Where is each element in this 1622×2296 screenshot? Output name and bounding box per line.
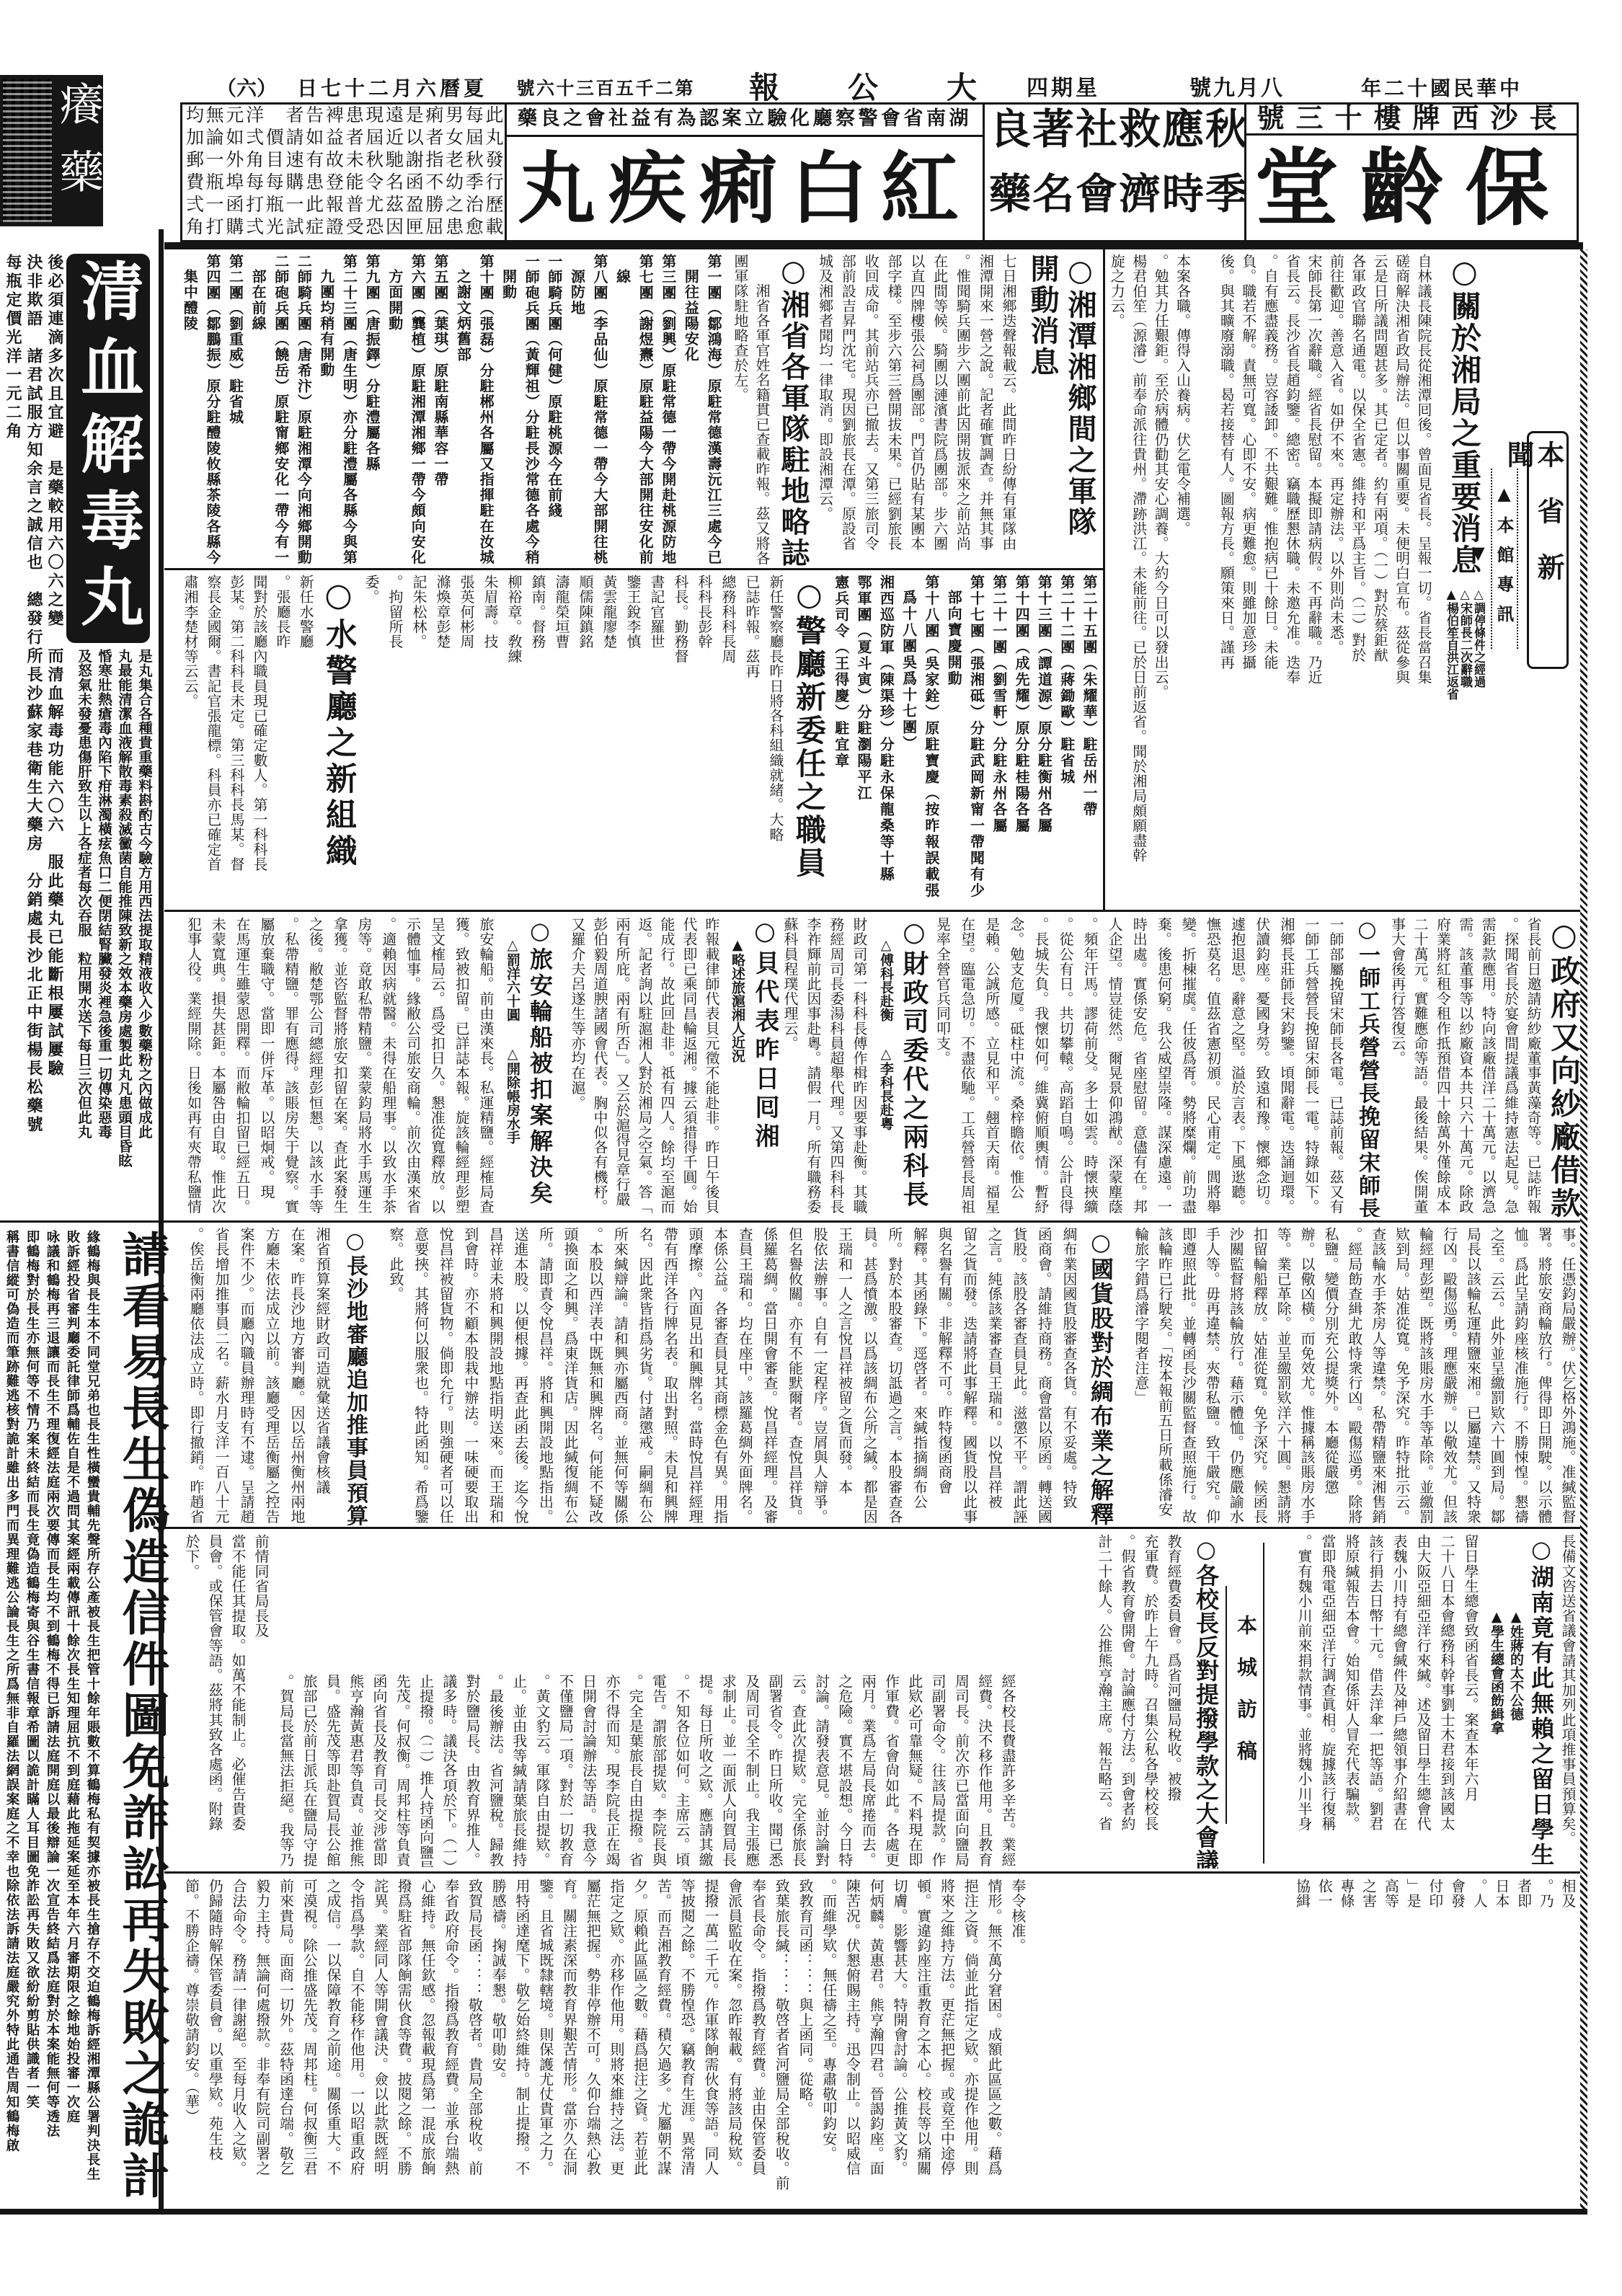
text-column: 與名譽有關。非解釋不可。昨特復函商會 <box>931 1227 957 1525</box>
text-column: 充軍費。於昨上午九時。召集公私各學校校長 <box>1139 1534 1162 1867</box>
text-column: 夕。原賴此區區之數。藉爲挹注之資。若並此 <box>628 1879 652 2207</box>
text-column: 討論。請發表意見。並討論對付 <box>810 1674 833 1867</box>
text-column: 表魏小川持有總會緘件及神戶總領事介紹書在 <box>1387 1534 1411 1867</box>
list-item: 第十三團（譚道源）原分駐衡州各屬 <box>1032 575 1055 905</box>
headline: ○各校長反對提撥學款之大會議 <box>1189 1535 1223 1869</box>
text-column: 已誌昨報。茲再 <box>740 575 763 905</box>
text-column: 留日學生總會致函省長云。案查本年六月 <box>1458 1534 1482 1867</box>
list-item: 二師騎兵團（唐希汴）原駐湘潭今向湘鄉開動 <box>292 254 315 566</box>
text-column: 彭某。第二科科長未定。第三科科長馬某。督 <box>225 575 248 905</box>
text-column: 作軍費。省會尙如此。各處更可 <box>879 1674 903 1867</box>
text-column: 亦不得而知。現李院長正在竭力 <box>601 1674 624 1867</box>
text-column: 手人等。毋再違禁。夾帶私鹽。致干嚴究。仰 <box>1200 1227 1224 1525</box>
text-column: 教育經費委員會。爲省河鹽局稅收。被撥 <box>1162 1534 1185 1867</box>
article-letters: 奉令核准。情形。無不萬分窘困。成額此區區之數。藉爲挹注之資。倘並此指定之欵。亦提… <box>179 1879 1289 2207</box>
text-column: 但名譽攸關。亦有不能默爾者。查悅昌祥貨。 <box>782 1227 807 1525</box>
text-column: 等披閱之餘。不勝惶恐。竊教育生涯。異常清 <box>675 1879 699 2207</box>
text-column: 等。業已革除。並呈繳罰欵洋六十圓。懇請將 <box>1271 1227 1295 1525</box>
text-column: 無論一瓶一打 <box>203 105 223 241</box>
text-column: 在馬運生雖蒙恩開釋。而敝輪扣留已經五日。 <box>229 917 254 1217</box>
text-column: 者請速購一試 <box>283 105 303 241</box>
list-item: 第八團（李品仙）原駐常德一帶今大部開往桃源防地 <box>565 254 611 566</box>
masthead-issue-number: 第二千五百三十六號 <box>513 76 695 101</box>
text-column: 男女老幼之患 <box>443 105 464 241</box>
list-item: 第十四團（成先耀）原分駐桂陽各屬 <box>1010 575 1032 905</box>
subhead: ▲學生總會函飭緝拿 <box>1486 1609 1506 1825</box>
text-column: 是以謝函盈匣 <box>403 105 423 241</box>
text-column: 者即 <box>1512 1879 1535 2207</box>
text-column: 念。勉支危厦。砥柱中流。桑梓瞻依。惟公 <box>1004 917 1029 1217</box>
tier-rule-3 <box>0 1220 1580 1223</box>
list-item: 一師騎兵團（何健）原駐桃源今在前綫 <box>542 254 565 566</box>
subheads: ▲姓蔣的太不公德▲學生總會函飭緝拿 <box>1485 1609 1525 1825</box>
text-column <box>1124 1879 1148 2207</box>
text-column: 。私帶精鹽。罪有應得。該賬房失于覺察。實 <box>278 917 303 1217</box>
headline: ○貝代表昨日囘湘 <box>751 917 779 1217</box>
dysentery-pill-notice: 此丸發行歷載每屆秋季治愈男女老幼之患痢者指不勝屈是以謝函盈匣遠近馳名茲因現屆秋令… <box>183 105 503 241</box>
text-column: 該輪昨已行駛矣。「按本報前五日所載係濬安 <box>1153 1227 1176 1525</box>
text-column: 高等 <box>1380 1879 1402 2207</box>
text-column: 當不能任其提取。如萬不能制止。必催告貴委 <box>226 1534 249 1867</box>
article-body: 留日學生總會致函省長云。案查本年六月二十八日本會總務科幹事劉士木君接到該國太由大… <box>1290 1534 1482 1867</box>
text-column: 。不知各位如何。主席云。頃接 <box>670 1674 693 1867</box>
text-column: 云。查此次提欵。完全係旅長命 <box>786 1674 810 1867</box>
headline: ○旅安輪船被扣案解決矣 <box>525 917 555 1217</box>
text-column: 本案各職。傳得入山養病。伏乞電令補選。 <box>1171 254 1193 907</box>
text-column: 痢者指不勝屈 <box>423 105 443 241</box>
text-column: 專條 <box>1335 1879 1357 2207</box>
text-column: 需。該董事等以紗廠資本共只六十萬元。除政 <box>1453 917 1476 1217</box>
text-column: 楊君伯笙（源濬）前奉命派往貴州。滯跡洪江。未能前往。已於日前返省。聞於湘局頗願盡… <box>1127 254 1149 907</box>
text-column <box>1148 1879 1171 2207</box>
bottom-rule <box>0 2209 1587 2215</box>
text-column: 令指爲學款。自不能移作他用。一以昭重政府 <box>345 1879 368 2207</box>
text-column: 鎮南。督務 <box>526 575 549 905</box>
text-column: 委。 <box>359 575 383 905</box>
text-column: 旅安輪船。前由漢來長。私運精鹽。經榷局查 <box>473 917 497 1217</box>
masthead-date: 八月九號 <box>1187 76 1285 101</box>
text-column <box>1242 1879 1266 2207</box>
text-column: 之成信。一以保障教育之前途。關係重大。不 <box>321 1879 345 2207</box>
headline: ○湘潭湘鄉間之軍隊開動消息 <box>1024 254 1099 566</box>
text-column: 。拘留所長 <box>383 575 407 905</box>
text-column: 事。任憑鈞局嚴辦。伏乞格外鴻施。准緘監督 <box>1556 1227 1579 1525</box>
text-column: 查員王瑞和。均在座中。該羅葛綢外面牌名。 <box>732 1227 758 1525</box>
text-column: 每屆秋季治愈 <box>464 105 484 241</box>
headline: ○財政司委代之兩科長 <box>900 917 929 1217</box>
text-column: 撥爲駐省部隊餉需伙食等費。披閱之餘。不勝 <box>392 1879 416 2207</box>
text-column: 二十八日本會總務科幹事劉士木君接到該國太 <box>1435 1534 1458 1867</box>
text-column: 先茂。何叔衡。周邦柱等負責。 <box>391 1674 414 1867</box>
text-column: 丸最能清潔血液解散毒素殺滅黴菌自能推陳致新之效本藥房處製此丸凡患頭目昏眩 <box>114 649 134 1217</box>
text-column: 。長城失負。我懷如何。維冀俯順輿情。暫紓 <box>1029 917 1053 1217</box>
text-column: 王瑞和一人之言悅昌祥被留之貨而發。本 <box>832 1227 857 1525</box>
thick-rule-below-ads <box>164 242 1583 249</box>
text-column: 昨報載律師代表貝元徵不能赴非。昨日午後貝 <box>700 917 722 1217</box>
text-column: 。人 <box>1468 1879 1490 2207</box>
notice-body: 緣鶴梅與長生本不同堂兄弟也長生性橫蠻貴輔先聲所存公產被長生把管十餘年賬數不算鶴梅… <box>1 1230 102 2206</box>
text-column: 到會時。亦不顧本股栽中辦法。一味硬要取出 <box>458 1227 483 1525</box>
text-column: 致教育司函：：：與上函同。從略。 <box>793 1879 817 2207</box>
text-column: 。乃 <box>1535 1879 1557 2207</box>
text-column: 扣留輪船釋放。姑准從寬。免予深究。候函長 <box>1247 1227 1271 1525</box>
article-body: 昨報載律師代表貝元徵不能赴非。昨日午後貝代表即已乘同昌輪返湘。據云須措得千圓。始… <box>565 917 722 1217</box>
article-body: 湘省預算案經財政司造就彙送省議會核議在案。昨長沙地方審判廳。因以岳州衡州兩地方廳… <box>180 1227 334 1525</box>
text-column: 節。不勝企禱。尊崇敬請鈞安。（華） <box>180 1879 203 2207</box>
text-column: 元如外埠函購 <box>223 105 244 241</box>
city-label-rule-right <box>1263 1543 1264 1863</box>
text-column: 新任警察廳長昨日將各科組織就緒。大略 <box>763 575 787 905</box>
text-column: 一師工兵營營長挽留宋師長一電。特錄如下。 <box>1299 917 1324 1217</box>
right-decorative-border <box>1580 249 1587 2213</box>
text-column: 名。因此衆皆指爲劣貨。付諸懲戒。嗣綢布公 <box>632 1227 657 1525</box>
headline: ○政府又向紗廠借款 <box>1547 917 1580 1217</box>
text-column: 。實有魏小川前來捐款情事。並將魏小川半身 <box>1292 1534 1316 1867</box>
text-column: 屬茫無把握。勢非停辦不可。久仰台端熱心教 <box>581 1879 605 2207</box>
text-column: 。探聞省長於宴會間提議爲維持憲法起見。急 <box>1499 917 1521 1217</box>
text-column: 財政司第一科科長傅作楫昨因要事赴衡。其職 <box>848 917 871 1217</box>
text-column: 部字樣。至步六第三營開拔未果。已經劉旅長 <box>882 254 905 566</box>
text-column: 能成行。故此回赴非。祗有四人。餘均至滬而 <box>655 917 678 1217</box>
list-item: 第四團（鄒鵬振）原分駐醴陵攸縣茶陵各縣今集中醴陵 <box>178 254 223 566</box>
blood-detox-pill-description: 是丸集合各種貴重藥料斟酌古今驗方用西法提取精液收入少數藥粉之內做成此丸最能清潔血… <box>68 649 154 1217</box>
list-item: 第九團（唐振鐸）分駐澧屬各縣 <box>360 254 384 566</box>
headline: ○關於湘局之重要消息 <box>1445 254 1484 572</box>
text-column: 此丸發行歷載 <box>483 105 503 241</box>
subheads: △罰洋六十圓△開除帳房水手 <box>500 937 523 1211</box>
text-column: 員會。或保管會等語。茲將其致各處函。附錄 <box>203 1534 226 1867</box>
text-column: 育。關注素深而教育界艱苦情形。當亦久在洞 <box>557 1879 581 2207</box>
text-column: 價目每瓶光 <box>264 105 284 241</box>
text-column: 。經局飭查緝尤敢恃衆行凶。毆傷巡勇。除將 <box>1342 1227 1366 1525</box>
text-column: 員。甚爲憤激。以爲該綢布公所之緘。都是因 <box>857 1227 882 1525</box>
text-column: 奉省政府命令。指撥爲教育經費。並承台端熱 <box>439 1879 463 2207</box>
text-column: 送進本股。以便根據。再查此函去後。迄今悅 <box>508 1227 533 1525</box>
text-column: 指定之欵。亦移作他用。則將來維持之法。更 <box>604 1879 628 2207</box>
city-news-label: 本城訪稿 <box>1230 1615 1262 1782</box>
text-column: 省長增加推事員二名。薪水月支洋一百八十元 <box>208 1227 234 1525</box>
newspaper-page: （六） 夏曆六月二十七日 第二千五百三十六號 大公報 星期四 八月九號 中華民國… <box>0 0 1622 2296</box>
headline: ○長沙地審廳追加推事員預算 <box>339 1228 371 1525</box>
text-column: 府業將紅租令租作抵預借四十餘萬外僅餘成本 <box>1431 917 1453 1217</box>
text-column: 用特函達麾下。敬乞始終維持。制止提撥。不 <box>510 1879 533 2207</box>
text-column: 每瓶定價光洋一元二角 <box>2 254 23 1217</box>
text-column: 函向省長及教育司長交涉當即推 <box>368 1674 391 1867</box>
text-column: 奉省長命令。指撥爲教育經費。並由保管委員 <box>746 1879 770 2207</box>
notice-headline: 請看易長生偽造信件圖免詐訟再失敗之詭計 <box>105 1230 174 2206</box>
text-column: 旋之力云。 <box>1106 254 1127 907</box>
text-column: 負。職若不解。責無可寬。心即不安。病更難愈。則雖加意珍攝 <box>1237 254 1259 907</box>
subhead: △宋師長二次辭職 <box>1458 588 1471 797</box>
list-item: 第三團（劉興）原駐常德一帶今開赴桃源防地 <box>656 254 679 566</box>
text-column: 。最後辦法。省河鹽稅。歸教育 <box>484 1674 507 1867</box>
headline: ○國貨股對於綢布業之解釋 <box>1086 1228 1116 1525</box>
text-column: 恤。爲此呈請鈞座核准施行。不勝悚惶。懇禱 <box>1508 1227 1532 1525</box>
text-column: 磋商解決湘省政局辦法。但以事關重要。未便明白宣布。茲從參與 <box>1391 254 1412 907</box>
baolingtang-ad: 長沙西牌樓十三號 保齡堂 <box>1244 102 1579 242</box>
text-column: 之後。敝楚鄂公司總經理彭恒懇。以該水手等 <box>303 917 327 1217</box>
text-column: 挹注之資。倘並此指定之欵。亦提作他用。則 <box>959 1879 983 2207</box>
text-column: 記朱松林。 <box>407 575 430 905</box>
text-column: 省長云。長沙省長趙鈞鑒。總密。竊職歷懇休職。未邀允准。迭奉 <box>1281 254 1303 907</box>
text-column: 呈文榷局云。爲受扣日久。懇准從寬釋放。以 <box>425 917 449 1217</box>
itch-medicine-ad: 癢藥 <box>0 75 103 226</box>
text-column: 彭伯毅周道腴諸國會代表。胸中似各有機杼。 <box>588 917 611 1217</box>
text-column: 留之貨而發。迭請將此事解釋。國貨股以此事 <box>957 1227 982 1525</box>
text-column: 前來貴局。面商一切外。茲特函達台端。敬乞 <box>274 1879 298 2207</box>
text-column: 均加郵費弍角 <box>184 105 204 241</box>
text-column: 總務科科長周 <box>716 575 740 905</box>
text-column: 。俟岳衡兩廳依法成立時。即行撤銷。昨趙省 <box>183 1227 208 1525</box>
masthead-page-number: （六） <box>216 76 277 101</box>
text-column: 案件不少。而廳內職員辦理時有不逮。呈請趙 <box>234 1227 259 1525</box>
article-body: 新任水警廳。張廳長昨聞對於該廳內職員現已確定數人。第一科科長彭某。第二科科長未定… <box>179 575 317 905</box>
text-column: 。惟聞騎兵團步六團前此因開拔派來之前站尚 <box>951 254 974 566</box>
text-column: 兩月。業爲左局長席捲而去。七 <box>856 1674 879 1867</box>
text-column: 心維持。無任欽感。忽報載現爲第一混成旅餉 <box>415 1879 439 2207</box>
subhead: △傅科長赴衡 <box>878 937 894 1021</box>
list-item: 二師砲兵團（饒岳）原駐甯鄉安化一帶今有一部在前線 <box>247 254 292 566</box>
text-column: 湘潭開來一營之說。記者確實調查。并無其事 <box>973 254 996 566</box>
article-body-continued: 長備文咨送省議會請其加列此項推事員預算矣。 <box>1557 1534 1579 1867</box>
text-column: 決非欺語 諸君試服方知余言之誠信也 總發行所長沙蘇家巷衛生大藥房 分銷處長沙北正… <box>23 254 44 1217</box>
text-column: 以直四牌樓張公祠爲團部。門首仍貼有某團本 <box>905 254 928 566</box>
article-body: 七日湘鄉迭聲報載云。此間昨日紛傳有軍隊由湘潭開來一營之說。記者確實調查。并無其事… <box>813 254 1019 566</box>
article-body: 旅安輪船。前由漢來長。私運精鹽。經榷局查獲。致被扣留。已詳誌本報。旋該輪經理彭塑… <box>180 917 497 1217</box>
text-column: 拿獲。並咨監督將旅安扣留在案。查此案發生 <box>327 917 351 1217</box>
text-column: 城及湘鄉者聞均一律取消。即設湘潭云。 <box>813 254 836 566</box>
text-column: 計二十餘人。公推熊亨瀚主席。報告略云。省 <box>1093 1534 1116 1867</box>
text-column: 遽抱退思。辭意之堅。溢於言表。下風逖聽。 <box>1226 917 1250 1217</box>
text-column: 肅湘李楚材等云云。 <box>179 575 202 905</box>
text-column: 周司長。前次亦已當面向鹽局 <box>949 1674 972 1867</box>
text-column: 函商會。請維持商務。商會當以原函。轉送國 <box>1032 1227 1057 1525</box>
text-column: 協緝 <box>1291 1879 1313 2207</box>
text-column: 。假省教育會開會。討論應付方法。到會者約 <box>1116 1534 1139 1867</box>
text-column: 及周司長全不制止。我主張應向 <box>740 1674 763 1867</box>
subhead: ▲略述旅滬湘人近況 <box>730 937 745 1063</box>
text-column: 滌煥章彭楚 <box>430 575 454 905</box>
text-column: 付印 <box>1424 1879 1446 2207</box>
text-column: 柳裕章。敎練 <box>502 575 526 905</box>
text-column: 仍歸隨時解保管委員會。以重學欵。苑生枝 <box>203 1879 227 2207</box>
headline: ○湘省各軍隊駐地略誌 <box>775 254 811 566</box>
text-column: 聞對於該廳內職員現已確定數人。第一科科長 <box>248 575 271 905</box>
text-column: 之害 <box>1357 1879 1380 2207</box>
article-body-opening: 教育經費委員會。爲省河鹽局稅收。被撥充軍費。於昨上午九時。召集公私各學校校長。假… <box>1087 1534 1185 1867</box>
text-column: 前情同省局長及 <box>249 1534 272 1867</box>
text-column: 省長前日邀請紡紗廠董事黃藻奇等。已誌昨報 <box>1522 917 1544 1217</box>
text-column: 患者未能普受 <box>343 105 363 241</box>
tier-1-column-rule <box>1103 249 1105 910</box>
text-column: 此欵必可靠無疑。不料現在即行 <box>903 1674 926 1867</box>
list-item: 第一團（鄒鴻海）原駐常德漢壽沅江三處今已開往益陽安化 <box>679 254 724 566</box>
text-column: 輪經理彭塑。既將該賬房水手等革除。並繳罰 <box>1414 1227 1437 1525</box>
text-column: 洋弍角每打弍 <box>244 105 264 241</box>
police-endorsement-strip: 湖南省會警察廳化驗立案認為有益社會之良藥 <box>507 102 983 137</box>
text-column: 綢布業因國貨股審查各貨。有不妥處。特致 <box>1056 1227 1081 1525</box>
text-column: 前往歡迎。善意入省。如伊不來。再定辦法。以外則尚未悉。 <box>1325 254 1347 907</box>
text-column: 」是 <box>1401 1879 1424 2207</box>
text-column: 。黃文豹云。軍隊自由提欵。應 <box>531 1674 554 1867</box>
text-column: 。頻年汗馬。謬荷前殳。多士如雲。時懷挾纊 <box>1078 917 1102 1217</box>
text-column: 查該輪水手茶房人等違禁。私帶精鹽來湘售銷 <box>1366 1227 1390 1525</box>
list-item: 第六團（龔植）原駐湘潭湘鄉一帶今頗向安化方面開動 <box>383 254 428 566</box>
text-column: 之至。云云。此外並呈繳罰欵六十圓到局。鄒 <box>1484 1227 1508 1525</box>
subhead: △調停條件之經過 <box>1471 588 1485 797</box>
text-column: 需鉅款應用。特向該廠借洋二十萬元。以濟急 <box>1476 917 1499 1217</box>
text-column: 科長。勤務督 <box>668 575 692 905</box>
blood-detox-pill-name: 清血解毒丸 <box>72 258 144 640</box>
text-column: 。本股以西洋表中既無和興牌名。何能不疑改 <box>582 1227 608 1525</box>
text-column: 察長金國爾。書記官張龍標。科員亦已確定首 <box>202 575 225 905</box>
text-column: 。而維學欵。無任禱之至。專肅敬叩鈞安。 <box>817 1879 841 2207</box>
subhead: △罰洋六十圓 <box>505 937 520 1021</box>
text-column: 。勉其力任艱鉅。至於病體仍勸其安心調養。大約今日可以發出云。 <box>1150 254 1171 907</box>
text-column: 行凶。毆傷巡勇。理應嚴辦。以儆效尤。但該 <box>1437 1227 1461 1525</box>
text-column: 變。折棟摧虡。任彼爲胥。勢將糜爛。前功盡 <box>1176 917 1200 1217</box>
list-item: 第五團（葉琪）原駐南縣華容一帶 <box>428 254 451 566</box>
article-body-middle: 經各校長費盡許多辛苦。業經政經費。決不移作他用。且教育司周司長。前次亦已當面向鹽… <box>272 1674 1019 1867</box>
text-column <box>1076 1879 1100 2207</box>
text-column: 之危險。實不堪設想。今日特召 <box>833 1674 856 1867</box>
text-column: 切膚。影響甚大。特開會討論。公推黃文豹。 <box>887 1879 911 2207</box>
text-column: 張英何彬周 <box>454 575 478 905</box>
text-column: 後必須連滴多次且宜避 是藥較用六〇六之變 而清血解毒功能六〇六 服此藥丸已能斷根… <box>44 254 65 1217</box>
text-column: 所來緘辯論。請和興亦屬西商。並無何等關係 <box>608 1227 633 1525</box>
article-body: 財政司第一科科長傅作楫昨因要事赴衡。其職務經周司長委湯科員超舉代理。又第四科科長… <box>779 917 871 1217</box>
text-column: 黃雲龍廖楚 <box>597 575 621 905</box>
text-column: 察。此致。 <box>383 1227 408 1525</box>
list-item: 第十團（張磊）分駐郴州各屬又指揮駐在汝城之謝文炳舊部 <box>451 254 497 566</box>
subhead: △開除帳房水手 <box>505 1046 520 1144</box>
text-column: 之言。純係該業審查員王瑞和。以悅昌祥被 <box>982 1227 1007 1525</box>
text-column: 勝感禱。掬誠奉懇。敬叩勛安。 <box>487 1879 510 2207</box>
provincial-news-label: 本省新聞 <box>1533 440 1564 664</box>
text-column: 經各校長費盡許多辛苦。業經政 <box>996 1674 1019 1867</box>
baolingtang-address: 長沙西牌樓十三號 <box>1246 102 1579 136</box>
article-lead: 湘省各軍官姓名籍貫已查載昨報。茲又將各團軍隊駐地略查於左。 <box>728 254 773 566</box>
itch-medicine-name: 癢藥 <box>55 81 101 222</box>
text-column: 提撥一萬二千元。作軍隊餉需伙食等語。同人 <box>699 1879 722 2207</box>
text-column: 議多時。議決各項於下。（一） <box>438 1674 461 1867</box>
text-column: 代表即已乘同昌輪返湘。據云須措得千圓。始 <box>678 917 700 1217</box>
text-column: 熊亨瀚黃惠君等負責。並推熊亨 <box>344 1674 367 1867</box>
text-column: 自林議長陳院長從湘潭囘後。曾面見省長。呈報一切。省長當召集 <box>1413 254 1435 907</box>
text-column: 惛寒壯熱瘡毒內陷下疳淋濁橫痃魚口二便閉結腎臟發炎裡急後重一切傳染惡毒 <box>94 649 114 1217</box>
list-item: 鄂軍團（夏斗寅）分駐瀏陽平江 <box>852 575 874 905</box>
text-column: 鑒。且省城既隸轄境。則保護尤仗貴軍之力。 <box>533 1879 557 2207</box>
text-column: 敗訴經投省審判廳委託律師爲輔佐自是不過問其案經兩載傳訊十餘次長生知理屈抗不到庭藉… <box>62 1230 82 2206</box>
text-column: 欵到局。姑准從寬。免予深究。昨特批示云。 <box>1390 1227 1414 1525</box>
text-column: 長備文咨送省議會請其加列此項推事員預算矣。 <box>1557 1534 1579 1867</box>
text-column: 所。對於本股審查。切詆過之言。本股審查各 <box>882 1227 907 1525</box>
text-column: 股依法辦事。自有一定程序。豈屑與人辯爭。 <box>807 1227 832 1525</box>
text-column: 即鶴梅對於長生亦無何等不情乃案未終結而長生竟偽造鶴梅寄與谷生書信報章希圖以詭計瞞… <box>22 1230 42 2206</box>
dysentery-pill-name: 紅白痢疾丸 <box>507 138 983 241</box>
text-column: 相及 <box>1556 1879 1579 2207</box>
text-column: 科科長彭幹 <box>692 575 716 905</box>
text-column: 返。記者詢以駐滬湘人對於湘局之空氣。答「 <box>633 917 655 1217</box>
text-column: 李祚輝前此因事赴粵。請假一月。所有職務委 <box>802 917 825 1217</box>
text-column: 局長以該輪私運精鹽來湘。已屬違禁。又特衆 <box>1461 1227 1484 1525</box>
list-item: 第二十五團（朱耀華）駐岳州一帶 <box>1078 575 1100 905</box>
text-column: 辦。以儆凶橫。而免效尤。惟據稱該賬房水手 <box>1295 1227 1319 1525</box>
text-column: 頭摩擦。內面見出和興牌名。當時悅昌祥經理 <box>683 1227 708 1525</box>
text-column: 獲。致被扣留。已詳誌本報。旋該輪經理彭塑 <box>448 917 473 1217</box>
text-column: 旅部已於前日派兵在鹽局守提。 <box>298 1674 321 1867</box>
text-column: 奉令核准。 <box>1006 1879 1029 2207</box>
text-column: 一師部屬挽留宋師長各電。已誌前報。茲又有 <box>1324 917 1348 1217</box>
text-column: 止。並由我等緘請葉旅長維持教 <box>507 1674 530 1867</box>
text-column: 現屆秋令尤恐 <box>363 105 384 241</box>
seasonal-medicine-ad: 秋季應時救濟社會著名良藥 <box>983 102 1244 242</box>
text-column: 稱書信縱可偽造而筆跡難逃核對詭計雖出多門而異理難逃公論長生之所爲無非自羅法網誤案… <box>1 1230 22 2206</box>
text-column: 致葉旅長緘：：：敬啓者省河鹽局全部稅收。前 <box>770 1879 794 2207</box>
provincial-news-box: 本省新聞 <box>1527 431 1569 669</box>
text-column: 房等。竟敢私帶精鹽。業蒙鈞局將水手馬運生 <box>351 917 376 1217</box>
text-column: 意要挾。其將何以服衆也。特此函知。希爲鑒 <box>408 1227 433 1525</box>
text-column: 蘇科員程璞代理云。 <box>779 917 802 1217</box>
text-column: 湘鄉長莊師長宋鈞鑒。頃聞辭電。迭誦迴環。 <box>1275 917 1299 1217</box>
subheads: △傅科長赴衡△李科長赴粵 <box>874 937 897 1211</box>
tier-rule-1 <box>164 568 1103 570</box>
list-item: 第七團（謝煜燾）原駐益陽今大部開往安化前線 <box>611 254 656 566</box>
text-column: 司副署命令。往該局提款。作爲 <box>926 1674 949 1867</box>
text-column <box>1171 1879 1195 2207</box>
text-column: 及怒氣未發憂患傷肝致生以上各症者每次吞服 粒用開水送下每日三次但此丸 <box>74 649 94 1217</box>
article-body: 省長前日邀請紡紗廠董事黃藻奇等。已誌昨報。探聞省長於宴會間提議爲維持憲法起見。急… <box>1386 917 1544 1217</box>
text-column: 解釋。其函錄下。逕啓者。來緘指摘綢布公 <box>907 1227 932 1525</box>
text-column: 私鹽。變價分別充公提獎外。本廳從嚴懲 <box>1319 1227 1342 1525</box>
text-column: 裨益故登報證 <box>324 105 344 241</box>
text-column: 在案。昨長沙地方審判廳。因以岳州衡州兩地 <box>284 1227 309 1525</box>
text-column: 依一 <box>1313 1879 1336 2207</box>
text-column: 可漠視。除公推盛先茂。周邦柱。何叔衡三君 <box>298 1879 322 2207</box>
blood-detox-pill-title-box: 清血解毒丸 <box>66 254 150 643</box>
headline: ○湖南竟有此無賴之留日學生 <box>1527 1535 1556 1867</box>
text-column: 當即飛電亞細亞洋行調查眞相。旋據該行復稱 <box>1316 1534 1339 1867</box>
article-body: 一師部屬挽留宋師長各電。已誌前報。茲又有一師工兵營營長挽留宋師長一電。特錄如下。… <box>930 917 1348 1217</box>
text-column: 宋師長第一次辭職。經省長慰留。本擬即請病假。不再辭職。乃近 <box>1303 254 1325 907</box>
text-column: 合法命令。務請一律謝絕。至每月收入之欵。 <box>226 1879 250 2207</box>
text-column: 對於鹽局長。由教育界推人。請 <box>461 1674 484 1867</box>
text-column: 會發 <box>1446 1879 1468 2207</box>
text-column: 提。每日所收之欵。應請其繳交 <box>693 1674 717 1867</box>
text-column: 晃率全營官兵同叩支。 <box>930 917 954 1217</box>
text-column: 湘省預算案經財政司造就彙送省議會核議 <box>309 1227 334 1525</box>
text-column <box>1195 1879 1218 2207</box>
text-column: 貨股。該股各審查員見此。滋懲不平。謂此誣 <box>1006 1227 1032 1525</box>
text-column: 方廳未依法成立以前。該廳受理岳衡屬之控告 <box>259 1227 284 1525</box>
text-column: 詫異。業經同人等開會議決。僉以此款既經明 <box>368 1879 392 2207</box>
subhead: ▲楊伯笙自洪江返省 <box>1444 588 1458 797</box>
baolingtang-name: 保齡堂 <box>1246 137 1579 241</box>
text-column: 係羅葛綢。當日開會審查。悅昌祥經理。及審 <box>757 1227 782 1525</box>
text-column: 。自有應盡義務。豈容諉卸。不共艱難。惟抱病已十餘日。未能 <box>1259 254 1281 907</box>
text-column: 將原緘報告本會。始知係奸人冒充代表騙款。 <box>1339 1534 1363 1867</box>
text-column <box>1029 1879 1053 2207</box>
provincial-source-label: ▲本館專訊▼ <box>1491 469 1518 649</box>
text-column: 署。將旅安商輪放行。俾得即日開駛。以示體 <box>1532 1227 1556 1525</box>
text-column: 求制止。並一面派人向賀局長交 <box>717 1674 740 1867</box>
text-column: 日本 <box>1490 1879 1512 2207</box>
text-column <box>1100 1879 1124 2207</box>
text-column: 未蒙寬典。損失甚鉅。本屬咎由自取。惟此次 <box>205 917 229 1217</box>
text-column: 陳苦況。伏懇俯賜主持。迅令制止。以昭威信 <box>841 1879 864 2207</box>
text-column: 伏讀鈞座。憂國身勞。致遠和豫。懷鄉念切。 <box>1250 917 1275 1217</box>
text-column: 。從公有日。共切攀轅。高蹈自鳴。公計良得 <box>1053 917 1078 1217</box>
